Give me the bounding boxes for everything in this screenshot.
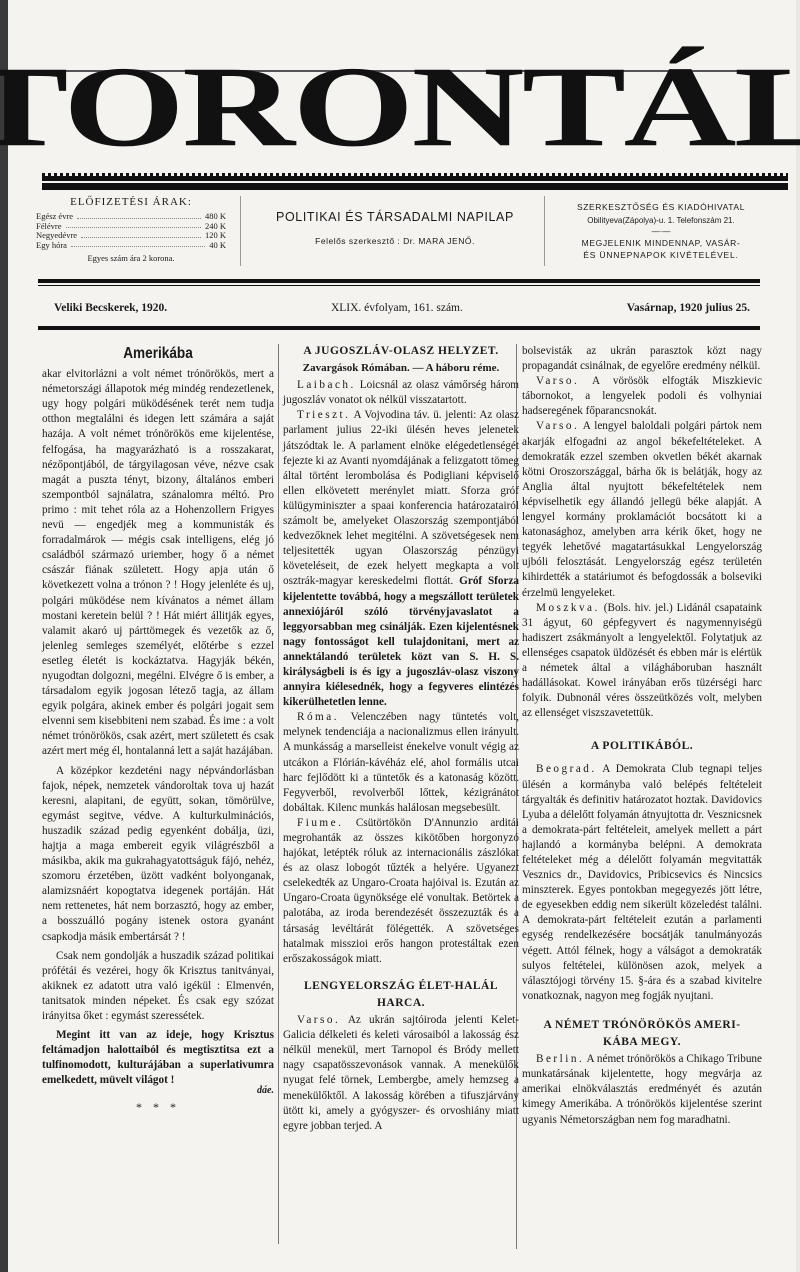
article-headline: A POLITIKÁBÓL. [522, 739, 762, 754]
news-place: Varso. [297, 1014, 340, 1026]
news-place: Beograd. [536, 763, 597, 775]
publication-schedule: MEGJELENIK MINDENNAP, VASÁR- [556, 238, 766, 248]
news-item: Moszkva. (Bols. hiv. jel.) Lidánál csapa… [522, 601, 762, 722]
subscription-prices: ELŐFIZETÉSI ÁRAK: Egész évre480 K Félévr… [36, 196, 226, 263]
header-rule-thin [38, 285, 760, 286]
article-headline: A NÉMET TRÓNÖRÖKÖS AMERI- [522, 1018, 762, 1033]
masthead-decorative-rule [42, 176, 788, 190]
dateline-volume: XLIX. évfolyam, 161. szám. [331, 302, 463, 314]
price-row: Egy hóra40 K [36, 241, 226, 251]
scan-edge-right [796, 0, 800, 1272]
article-headline-cont: KÁBA MEGY. [522, 1035, 762, 1050]
news-text: Az ukrán sajtóiroda jelenti Kelet-Galici… [283, 1014, 519, 1132]
news-text: A Demokrata Club tegnapi teljes ülésén a… [522, 763, 762, 1001]
news-item: Trieszt. A Vojvodina táv. ü. jelenti: Az… [283, 408, 519, 710]
office-dash: —·— [556, 227, 766, 236]
dateline-date: Vasárnap, 1920 julius 25. [627, 302, 750, 314]
news-text: Velenczében nagy tüntetés volt, melynek … [283, 711, 519, 814]
news-item: Varso. Az ukrán sajtóiroda jelenti Kelet… [283, 1013, 519, 1134]
dateline-place: Veliki Becskerek, 1920. [54, 302, 167, 314]
price-value: 40 K [209, 241, 226, 251]
scan-edge [0, 0, 8, 1272]
news-item: Varso. A lengyel baloldali polgári párto… [522, 419, 762, 600]
news-place: Moszkva. [536, 602, 600, 614]
news-place: Varso. [536, 375, 579, 387]
news-text: A lengyel baloldali polgári pártok nem a… [522, 420, 762, 598]
news-place: Róma. [297, 711, 339, 723]
news-item: Róma. Velenczében nagy tüntetés volt, me… [283, 710, 519, 816]
single-issue-price: Egyes szám ára 2 korona. [36, 253, 226, 263]
news-item: Laibach. Loicsnál az olasz vámőrség háro… [283, 378, 519, 408]
price-row: Egész évre480 K [36, 212, 226, 222]
news-text-bold: Gróf Sforza kijelentette továbbá, hogy a… [283, 575, 519, 708]
office-heading: SZERKESZTŐSÉG ÉS KIADÓHIVATAL [556, 202, 766, 212]
tagline: POLITIKAI ÉS TÁRSADALMI NAPILAP [250, 210, 540, 224]
header-rule [38, 279, 760, 283]
publication-schedule-2: ÉS ÜNNEPNAPOK KIVÉTELÉVEL. [556, 250, 766, 260]
article-subheadline: Zavargások Rómában. — A háboru réme. [283, 361, 519, 376]
news-item: Varso. A vörösök elfogták Miszkievic táb… [522, 374, 762, 419]
news-text: Csütörtökön D'Annunzio arditái megrohant… [283, 817, 519, 965]
news-place: Laibach. [297, 379, 356, 391]
news-item: Fiume. Csütörtökön D'Annunzio arditái me… [283, 816, 519, 967]
dateline-rule [38, 326, 760, 330]
article-jugoszlav-olasz: A JUGOSZLÁV-OLASZ HELYZET. Zavargások Ró… [283, 344, 519, 1134]
article-paragraph: A középkor kezdeténi nagy népvándorlásba… [42, 764, 274, 945]
news-place: Varso. [536, 420, 579, 432]
info-divider [240, 196, 241, 266]
article-paragraph: Megint itt van az ideje, hogy Krisztus f… [42, 1028, 274, 1088]
news-place: Berlin. [536, 1053, 584, 1065]
editor-credit: Felelős szerkesztő : Dr. MARA JENŐ. [250, 236, 540, 246]
article-continuation: bolsevisták az ukrán parasztok közt nagy… [522, 344, 762, 374]
newspaper-page: TORONTÁL ELŐFIZETÉSI ÁRAK: Egész évre480… [0, 0, 800, 1272]
column-divider [278, 344, 279, 1244]
masthead: TORONTÁL [30, 48, 770, 188]
office-address: Obilityeva(Zápolya)-u. 1. Telefonszám 21… [556, 216, 766, 225]
article-amerikaba: Amerikába akar elvitorlázni a volt német… [42, 344, 274, 1115]
info-divider [544, 196, 545, 266]
price-label: Egy hóra [36, 241, 67, 251]
article-paragraph: akar elvitorlázni a volt német trónörökö… [42, 367, 274, 759]
news-text: (Bols. hiv. jel.) Lidánál csapataink 31 … [522, 602, 762, 720]
article-headline-cont: HARCA. [283, 996, 519, 1011]
news-place: Fiume. [297, 817, 343, 829]
office-info: SZERKESZTŐSÉG ÉS KIADÓHIVATAL Obilityeva… [556, 196, 766, 260]
section-separator: * * * [42, 1100, 274, 1115]
subscription-heading: ELŐFIZETÉSI ÁRAK: [36, 196, 226, 208]
article-headline: Amerikába [59, 346, 256, 361]
news-text: A Vojvodina táv. ü. jelenti: Az olasz pa… [283, 409, 519, 587]
article-headline: LENGYELORSZÁG ÉLET-HALÁL [283, 979, 519, 994]
news-item: Berlin. A német trónörökös a Chikago Tri… [522, 1052, 762, 1127]
article-column-3: bolsevisták az ukrán parasztok közt nagy… [522, 344, 762, 1128]
article-headline: A JUGOSZLÁV-OLASZ HELYZET. [283, 344, 519, 359]
dateline: Veliki Becskerek, 1920. XLIX. évfolyam, … [54, 302, 750, 314]
article-paragraph: Csak nem gondolják a huszadik század pol… [42, 949, 274, 1024]
news-item: Beograd. A Demokrata Club tegnapi teljes… [522, 762, 762, 1004]
masthead-center-info: POLITIKAI ÉS TÁRSADALMI NAPILAP Felelős … [250, 196, 540, 246]
newspaper-title: TORONTÁL [0, 48, 800, 165]
news-place: Trieszt. [297, 409, 350, 421]
